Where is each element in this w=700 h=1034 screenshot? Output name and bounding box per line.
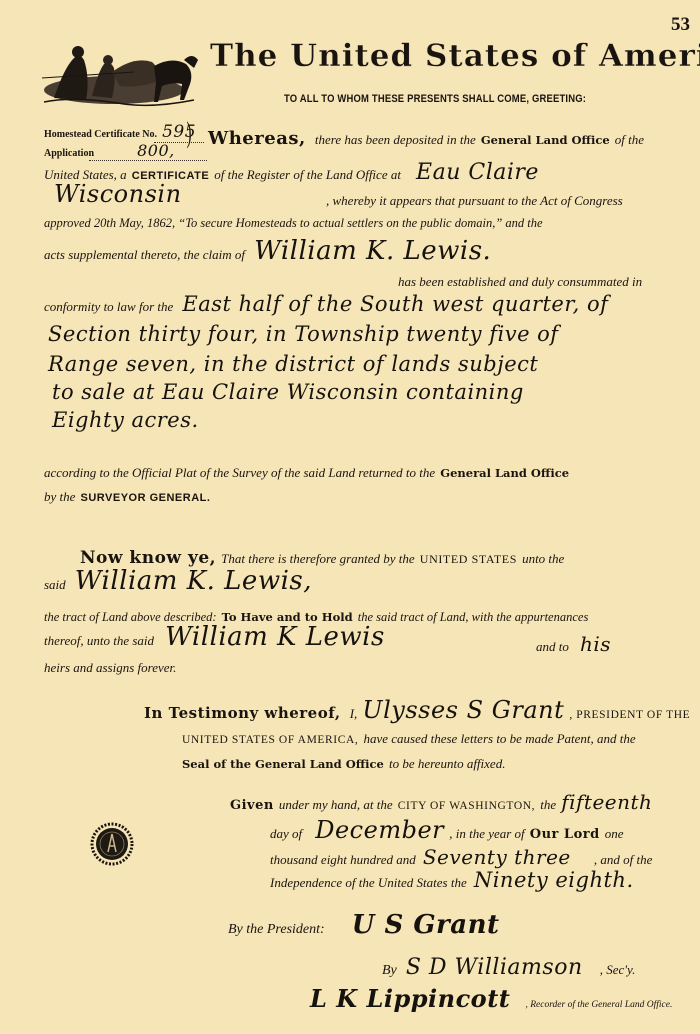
testimony-line-3: Seal of the General Land Office to be he… <box>182 753 505 772</box>
land-description-2: Section thirty four, in Township twenty … <box>48 322 559 346</box>
united-states-caps: UNITED STATES <box>420 552 517 566</box>
whereas-heading: Whereas, <box>208 128 306 149</box>
grantee-pronoun: his <box>580 632 611 656</box>
given-line-1: Given under my hand, at the CITY OF WASH… <box>230 790 652 814</box>
general-land-office: General Land Office <box>481 133 610 147</box>
greeting-line: TO ALL TO WHOM THESE PRESENTS SHALL COME… <box>284 93 586 105</box>
homestead-certificate-row: Homestead Certificate No. 595 <box>44 122 204 143</box>
whereas-line-6: has been established and duly consummate… <box>398 274 642 290</box>
whereas-line-8: according to the Official Plat of the Su… <box>44 462 569 481</box>
application-label: Application <box>44 148 94 159</box>
whereas-line-1: Whereas, there has been deposited in the… <box>208 128 644 149</box>
grant-line-2: said William K. Lewis, <box>44 566 312 596</box>
in-testimony-heading: In Testimony whereof, <box>144 704 341 722</box>
land-description-5: Eighty acres. <box>52 408 199 432</box>
by-the-president-row: By the President: U S Grant <box>228 910 499 940</box>
land-description-1: East half of the South west quarter, of <box>182 292 608 316</box>
bracket-divider: ) <box>187 116 192 150</box>
application-row: Application 800, <box>44 141 207 161</box>
whereas-line-7: conformity to law for the East half of t… <box>44 292 608 316</box>
given-heading: Given <box>230 798 274 813</box>
given-year: Seventy three <box>423 845 571 869</box>
document-title: The United States of America, <box>210 38 700 74</box>
secretary-signature: S D Williamson <box>406 955 583 980</box>
independence-year: Ninety eighth. <box>474 868 634 892</box>
page-number: 53 <box>671 14 690 36</box>
land-patent-document: 53 The United States of America, TO ALL … <box>0 0 700 1034</box>
grant-line-4: thereof, unto the said William K Lewis <box>44 622 385 652</box>
land-office-state: Wisconsin <box>54 180 182 208</box>
secretary-row: By S D Williamson , Sec'y. <box>382 955 635 980</box>
whereas-line-4: approved 20th May, 1862, “To secure Home… <box>44 216 543 231</box>
whereas-line-3: , whereby it appears that pursuant to th… <box>326 193 623 209</box>
recorder-signature: L K Lippincott <box>310 984 510 1013</box>
grant-line-1: Now know ye, That there is therefore gra… <box>80 548 564 568</box>
president-name: Ulysses S Grant <box>362 696 564 724</box>
land-office-city: Eau Claire <box>416 160 539 185</box>
grant-line-4-end: and to his <box>536 632 611 656</box>
homestead-label: Homestead Certificate No. <box>44 129 157 140</box>
given-day: fifteenth <box>561 790 652 814</box>
testimony-line-2: UNITED STATES OF AMERICA, have caused th… <box>182 728 636 747</box>
seal-of-glo: Seal of the General Land Office <box>182 757 384 771</box>
grant-line-5: heirs and assigns forever. <box>44 660 176 676</box>
recorder-row: L K Lippincott , Recorder of the General… <box>310 984 672 1013</box>
whereas-line-5: acts supplemental thereto, the claim of … <box>44 236 491 266</box>
given-line-2: day of December , in the year of Our Lor… <box>270 816 624 844</box>
surveyor-general: SURVEYOR GENERAL. <box>81 492 211 504</box>
given-month: December <box>315 816 444 844</box>
homestead-number: 595 <box>154 122 204 143</box>
grantee-name: William K. Lewis, <box>75 566 312 596</box>
land-description-4: to sale at Eau Claire Wisconsin containi… <box>52 380 524 404</box>
whereas-line-9: by the SURVEYOR GENERAL. <box>44 486 210 505</box>
farm-harvest-vignette-icon <box>34 38 204 108</box>
given-line-3: thousand eight hundred and Seventy three… <box>270 845 652 869</box>
grantee-name-2: William K Lewis <box>165 622 385 652</box>
given-line-4: Independence of the United States the Ni… <box>270 868 634 892</box>
president-signature: U S Grant <box>352 910 500 940</box>
now-know-ye-heading: Now know ye, <box>80 548 216 568</box>
land-description-3: Range seven, in the district of lands su… <box>48 352 538 376</box>
general-land-office-2: General Land Office <box>440 466 569 480</box>
general-land-office-seal-icon <box>90 822 134 866</box>
testimony-line-1: In Testimony whereof, I, Ulysses S Grant… <box>144 696 690 724</box>
claimant-name: William K. Lewis. <box>254 236 491 266</box>
